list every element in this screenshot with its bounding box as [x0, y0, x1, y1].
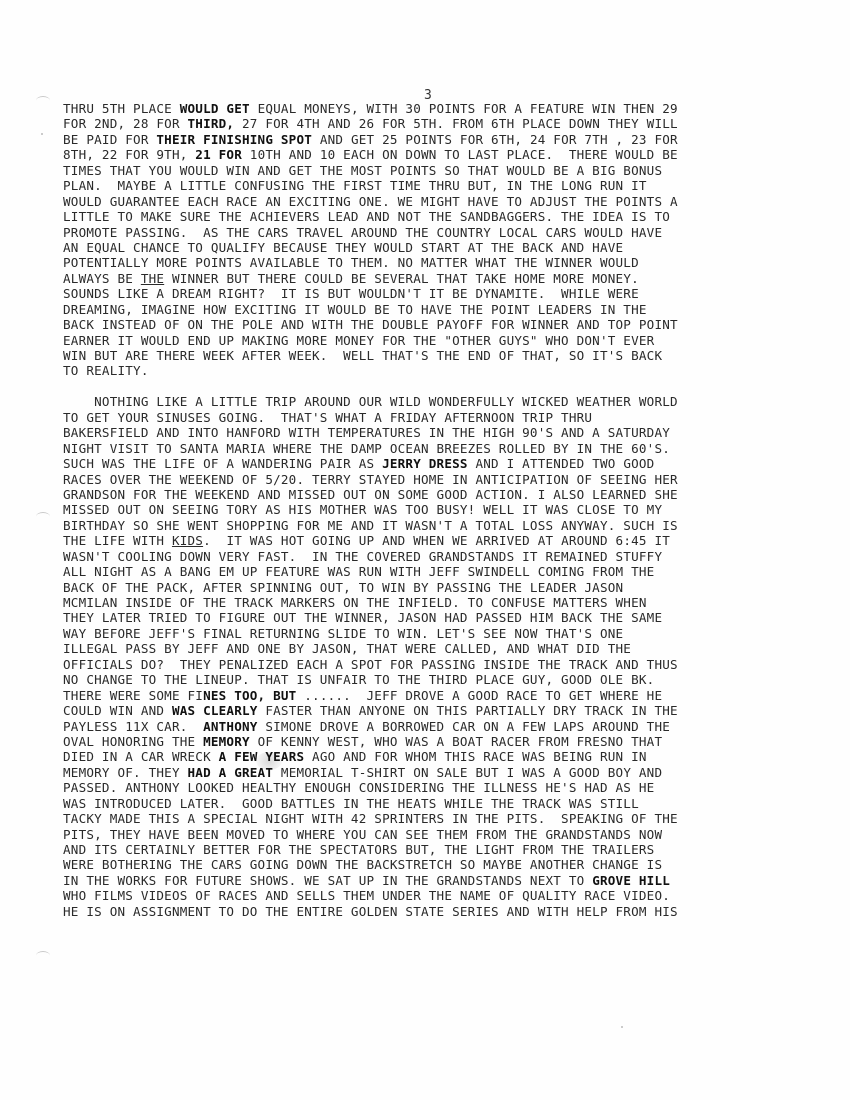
text-line: EARNER IT WOULD END UP MAKING MORE MONEY…	[63, 333, 823, 348]
text-line: MEMORY OF. THEY HAD A GREAT MEMORIAL T-S…	[63, 765, 823, 780]
text-segment: WASN'T COOLING DOWN VERY FAST. IN THE CO…	[63, 549, 662, 564]
text-line: NIGHT VISIT TO SANTA MARIA WHERE THE DAM…	[63, 441, 823, 456]
text-segment: MISSED OUT ON SEEING TORY AS HIS MOTHER …	[63, 502, 662, 517]
bold-text: A FEW YEARS	[219, 749, 305, 764]
text-segment: OF KENNY WEST, WHO WAS A BOAT RACER FROM…	[250, 734, 662, 749]
text-segment: WINNER BUT THERE COULD BE SEVERAL THAT T…	[164, 271, 639, 286]
text-line: THEY LATER TRIED TO FIGURE OUT THE WINNE…	[63, 610, 823, 625]
text-segment: ALL NIGHT AS A BANG EM UP FEATURE WAS RU…	[63, 564, 654, 579]
text-line: WHO FILMS VIDEOS OF RACES AND SELLS THEM…	[63, 888, 823, 903]
text-line: WASN'T COOLING DOWN VERY FAST. IN THE CO…	[63, 549, 823, 564]
text-line: PASSED. ANTHONY LOOKED HEALTHY ENOUGH CO…	[63, 780, 823, 795]
text-segment: MEMORIAL T-SHIRT ON SALE BUT I WAS A GOO…	[273, 765, 662, 780]
text-line: ALL NIGHT AS A BANG EM UP FEATURE WAS RU…	[63, 564, 823, 579]
text-segment: WAY BEFORE JEFF'S FINAL RETURNING SLIDE …	[63, 626, 623, 641]
text-line: TO REALITY.	[63, 363, 823, 378]
text-segment: THE LIFE WITH	[63, 533, 172, 548]
text-segment: 10TH AND 10 EACH ON DOWN TO LAST PLACE. …	[242, 147, 678, 162]
text-line: HE IS ON ASSIGNMENT TO DO THE ENTIRE GOL…	[63, 904, 823, 919]
text-segment: TO REALITY.	[63, 363, 149, 378]
text-line: COULD WIN AND WAS CLEARLY FASTER THAN AN…	[63, 703, 823, 718]
text-segment: DIED IN A CAR WRECK	[63, 749, 219, 764]
text-segment: . IT WAS HOT GOING UP AND WHEN WE ARRIVE…	[203, 533, 670, 548]
text-segment: EARNER IT WOULD END UP MAKING MORE MONEY…	[63, 333, 654, 348]
text-segment: BACK OF THE PACK, AFTER SPINNING OUT, TO…	[63, 580, 623, 595]
text-line: WERE BOTHERING THE CARS GOING DOWN THE B…	[63, 857, 823, 872]
bold-text: THEIR FINISHING SPOT	[156, 132, 312, 147]
text-segment: PASSED. ANTHONY LOOKED HEALTHY ENOUGH CO…	[63, 780, 654, 795]
text-segment: SUCH WAS THE LIFE OF A WANDERING PAIR AS	[63, 456, 382, 471]
text-line: WOULD GUARANTEE EACH RACE AN EXCITING ON…	[63, 194, 823, 209]
text-segment: WIN BUT ARE THERE WEEK AFTER WEEK. WELL …	[63, 348, 662, 363]
text-line: FOR 2ND, 28 FOR THIRD, 27 FOR 4TH AND 26…	[63, 116, 823, 131]
text-segment: TIMES THAT YOU WOULD WIN AND GET THE MOS…	[63, 163, 662, 178]
text-segment: BAKERSFIELD AND INTO HANFORD WITH TEMPER…	[63, 425, 670, 440]
text-segment: BE PAID FOR	[63, 132, 156, 147]
bold-text: HAD A GREAT	[188, 765, 274, 780]
scan-speck	[621, 1026, 623, 1028]
text-line: AN EQUAL CHANCE TO QUALIFY BECAUSE THEY …	[63, 240, 823, 255]
text-line: ILLEGAL PASS BY JEFF AND ONE BY JASON, T…	[63, 641, 823, 656]
text-line: TIMES THAT YOU WOULD WIN AND GET THE MOS…	[63, 163, 823, 178]
text-segment: EQUAL MONEYS, WITH 30 POINTS FOR A FEATU…	[250, 101, 678, 116]
text-segment: AND I ATTENDED TWO GOOD	[468, 456, 655, 471]
text-segment: PAYLESS 11X CAR.	[63, 719, 203, 734]
text-line: PAYLESS 11X CAR. ANTHONY SIMONE DROVE A …	[63, 719, 823, 734]
text-segment: 8TH, 22 FOR 9TH,	[63, 147, 195, 162]
text-line: MISSED OUT ON SEEING TORY AS HIS MOTHER …	[63, 502, 823, 517]
text-line: LITTLE TO MAKE SURE THE ACHIEVERS LEAD A…	[63, 209, 823, 224]
document-page: 3 THRU 5TH PLACE WOULD GET EQUAL MONEYS,…	[0, 0, 850, 1100]
text-segment: SOUNDS LIKE A DREAM RIGHT? IT IS BUT WOU…	[63, 286, 639, 301]
bold-text: WOULD GET	[180, 101, 250, 116]
text-segment: AN EQUAL CHANCE TO QUALIFY BECAUSE THEY …	[63, 240, 623, 255]
bold-text: NES TOO, BUT	[203, 688, 296, 703]
text-segment: WAS INTRODUCED LATER. GOOD BATTLES IN TH…	[63, 796, 639, 811]
text-segment: PITS, THEY HAVE BEEN MOVED TO WHERE YOU …	[63, 827, 662, 842]
punch-hole-mark-middle	[36, 512, 50, 521]
text-segment: AND ITS CERTAINLY BETTER FOR THE SPECTAT…	[63, 842, 654, 857]
text-segment: OFFICIALS DO? THEY PENALIZED EACH A SPOT…	[63, 657, 678, 672]
text-line: THRU 5TH PLACE WOULD GET EQUAL MONEYS, W…	[63, 101, 823, 116]
text-line: BACK OF THE PACK, AFTER SPINNING OUT, TO…	[63, 580, 823, 595]
text-line: PLAN. MAYBE A LITTLE CONFUSING THE FIRST…	[63, 178, 823, 193]
text-segment: WHO FILMS VIDEOS OF RACES AND SELLS THEM…	[63, 888, 670, 903]
text-line: PITS, THEY HAVE BEEN MOVED TO WHERE YOU …	[63, 827, 823, 842]
text-line: BACK INSTEAD OF ON THE POLE AND WITH THE…	[63, 317, 823, 332]
text-line: POTENTIALLY MORE POINTS AVAILABLE TO THE…	[63, 255, 823, 270]
text-line: IN THE WORKS FOR FUTURE SHOWS. WE SAT UP…	[63, 873, 823, 888]
text-line: GRANDSON FOR THE WEEKEND AND MISSED OUT …	[63, 487, 823, 502]
text-segment: THEY LATER TRIED TO FIGURE OUT THE WINNE…	[63, 610, 662, 625]
underlined-text: KIDS	[172, 533, 203, 548]
text-segment: WERE BOTHERING THE CARS GOING DOWN THE B…	[63, 857, 662, 872]
text-line: BIRTHDAY SO SHE WENT SHOPPING FOR ME AND…	[63, 518, 823, 533]
bold-text: ANTHONY	[203, 719, 257, 734]
text-segment: TACKY MADE THIS A SPECIAL NIGHT WITH 42 …	[63, 811, 678, 826]
punch-hole-mark-bottom	[36, 951, 50, 960]
text-line: THERE WERE SOME FINES TOO, BUT ...... JE…	[63, 688, 823, 703]
body-text: THRU 5TH PLACE WOULD GET EQUAL MONEYS, W…	[63, 101, 823, 919]
paragraph-gap	[63, 379, 823, 394]
text-segment: MEMORY OF. THEY	[63, 765, 188, 780]
text-line: NOTHING LIKE A LITTLE TRIP AROUND OUR WI…	[63, 394, 823, 409]
text-segment: MCMILAN INSIDE OF THE TRACK MARKERS ON T…	[63, 595, 647, 610]
text-segment: IN THE WORKS FOR FUTURE SHOWS. WE SAT UP…	[63, 873, 592, 888]
text-segment: COULD WIN AND	[63, 703, 172, 718]
text-segment: 27 FOR 4TH AND 26 FOR 5TH. FROM 6TH PLAC…	[234, 116, 678, 131]
text-segment: ...... JEFF DROVE A GOOD RACE TO GET WHE…	[296, 688, 662, 703]
text-segment: AGO AND FOR WHOM THIS RACE WAS BEING RUN…	[304, 749, 646, 764]
text-segment: HE IS ON ASSIGNMENT TO DO THE ENTIRE GOL…	[63, 904, 678, 919]
bold-text: 21 FOR	[195, 147, 242, 162]
text-segment: THERE WERE SOME FI	[63, 688, 203, 703]
text-line: RACES OVER THE WEEKEND OF 5/20. TERRY ST…	[63, 472, 823, 487]
text-segment: TO GET YOUR SINUSES GOING. THAT'S WHAT A…	[63, 410, 592, 425]
text-line: PROMOTE PASSING. AS THE CARS TRAVEL AROU…	[63, 225, 823, 240]
scan-speck	[41, 133, 43, 135]
text-segment: NOTHING LIKE A LITTLE TRIP AROUND OUR WI…	[63, 394, 678, 409]
text-line: DIED IN A CAR WRECK A FEW YEARS AGO AND …	[63, 749, 823, 764]
text-segment: PLAN. MAYBE A LITTLE CONFUSING THE FIRST…	[63, 178, 647, 193]
text-line: NO CHANGE TO THE LINEUP. THAT IS UNFAIR …	[63, 672, 823, 687]
text-segment: SIMONE DROVE A BORROWED CAR ON A FEW LAP…	[258, 719, 670, 734]
text-line: THE LIFE WITH KIDS. IT WAS HOT GOING UP …	[63, 533, 823, 548]
text-segment: PROMOTE PASSING. AS THE CARS TRAVEL AROU…	[63, 225, 662, 240]
punch-hole-mark-top	[36, 96, 50, 105]
bold-text: GROVE HILL	[592, 873, 670, 888]
text-segment: AND GET 25 POINTS FOR 6TH, 24 FOR 7TH , …	[312, 132, 678, 147]
text-segment: GRANDSON FOR THE WEEKEND AND MISSED OUT …	[63, 487, 678, 502]
text-segment: NO CHANGE TO THE LINEUP. THAT IS UNFAIR …	[63, 672, 654, 687]
text-line: WAS INTRODUCED LATER. GOOD BATTLES IN TH…	[63, 796, 823, 811]
text-segment: THRU 5TH PLACE	[63, 101, 180, 116]
text-line: OFFICIALS DO? THEY PENALIZED EACH A SPOT…	[63, 657, 823, 672]
text-segment: ALWAYS BE	[63, 271, 141, 286]
text-segment: FASTER THAN ANYONE ON THIS PARTIALLY DRY…	[258, 703, 678, 718]
text-segment: OVAL HONORING THE	[63, 734, 203, 749]
text-segment: BACK INSTEAD OF ON THE POLE AND WITH THE…	[63, 317, 678, 332]
text-segment: FOR 2ND, 28 FOR	[63, 116, 188, 131]
text-line: 8TH, 22 FOR 9TH, 21 FOR 10TH AND 10 EACH…	[63, 147, 823, 162]
bold-text: MEMORY	[203, 734, 250, 749]
text-line: TACKY MADE THIS A SPECIAL NIGHT WITH 42 …	[63, 811, 823, 826]
text-line: DREAMING, IMAGINE HOW EXCITING IT WOULD …	[63, 302, 823, 317]
text-segment: LITTLE TO MAKE SURE THE ACHIEVERS LEAD A…	[63, 209, 670, 224]
text-line: OVAL HONORING THE MEMORY OF KENNY WEST, …	[63, 734, 823, 749]
text-segment: BIRTHDAY SO SHE WENT SHOPPING FOR ME AND…	[63, 518, 678, 533]
text-segment: WOULD GUARANTEE EACH RACE AN EXCITING ON…	[63, 194, 678, 209]
text-segment: DREAMING, IMAGINE HOW EXCITING IT WOULD …	[63, 302, 647, 317]
underlined-text: THE	[141, 271, 164, 286]
text-segment: ILLEGAL PASS BY JEFF AND ONE BY JASON, T…	[63, 641, 631, 656]
text-line: SUCH WAS THE LIFE OF A WANDERING PAIR AS…	[63, 456, 823, 471]
text-segment: RACES OVER THE WEEKEND OF 5/20. TERRY ST…	[63, 472, 678, 487]
text-segment: POTENTIALLY MORE POINTS AVAILABLE TO THE…	[63, 255, 639, 270]
text-line: TO GET YOUR SINUSES GOING. THAT'S WHAT A…	[63, 410, 823, 425]
bold-text: THIRD,	[188, 116, 235, 131]
text-line: BAKERSFIELD AND INTO HANFORD WITH TEMPER…	[63, 425, 823, 440]
bold-text: JERRY DRESS	[382, 456, 468, 471]
text-line: SOUNDS LIKE A DREAM RIGHT? IT IS BUT WOU…	[63, 286, 823, 301]
bold-text: WAS CLEARLY	[172, 703, 258, 718]
text-line: BE PAID FOR THEIR FINISHING SPOT AND GET…	[63, 132, 823, 147]
text-line: WIN BUT ARE THERE WEEK AFTER WEEK. WELL …	[63, 348, 823, 363]
text-line: WAY BEFORE JEFF'S FINAL RETURNING SLIDE …	[63, 626, 823, 641]
text-segment: NIGHT VISIT TO SANTA MARIA WHERE THE DAM…	[63, 441, 670, 456]
text-line: ALWAYS BE THE WINNER BUT THERE COULD BE …	[63, 271, 823, 286]
text-line: AND ITS CERTAINLY BETTER FOR THE SPECTAT…	[63, 842, 823, 857]
text-line: MCMILAN INSIDE OF THE TRACK MARKERS ON T…	[63, 595, 823, 610]
